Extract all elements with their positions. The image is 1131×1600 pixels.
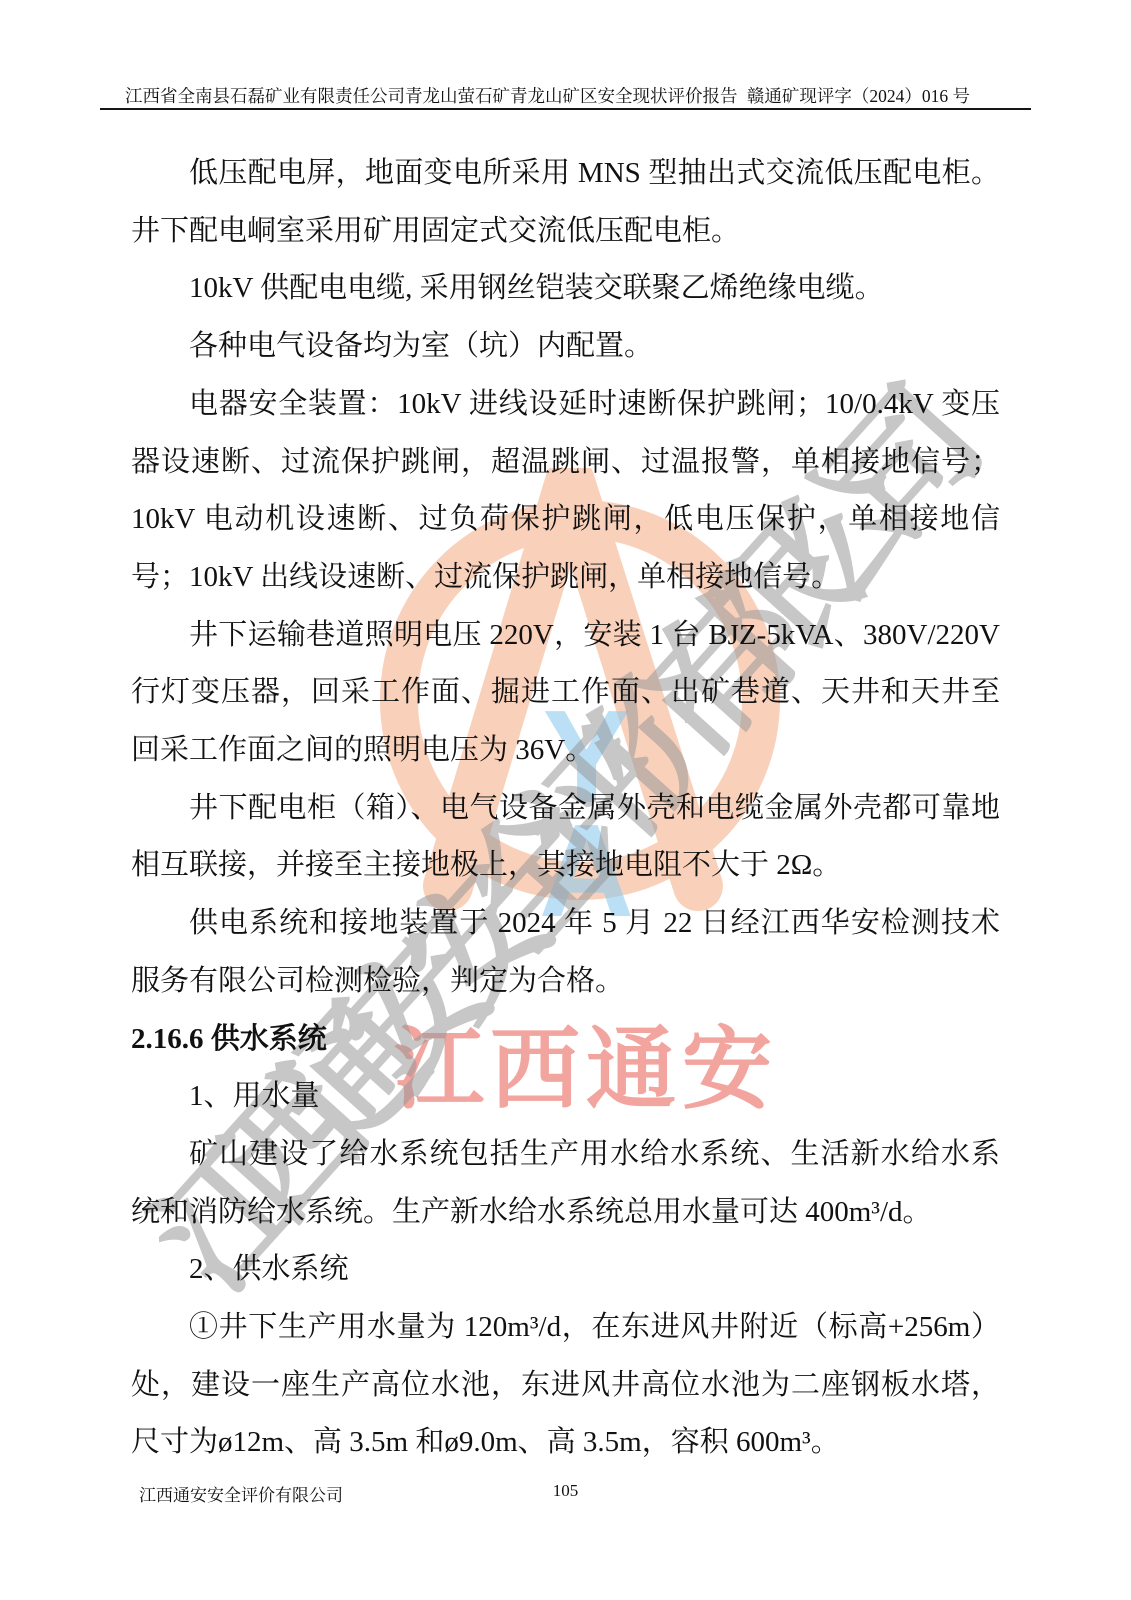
header-doc-number: 赣通矿现评字（2024）016 号	[747, 83, 970, 108]
paragraph: 电器安全装置：10kV 进线设延时速断保护跳闸；10/0.4kV 变压器设速断、…	[131, 376, 1000, 607]
paragraph: 2、供水系统	[131, 1241, 1000, 1299]
paragraph: 1、用水量	[131, 1068, 1000, 1126]
section-heading: 2.16.6 供水系统	[131, 1011, 1000, 1069]
paragraph: 低压配电屏，地面变电所采用 MNS 型抽出式交流低压配电柜。井下配电峒室采用矿用…	[131, 145, 1000, 260]
header-report-title: 江西省全南县石磊矿业有限责任公司青龙山萤石矿青龙山矿区安全现状评价报告	[125, 83, 738, 108]
paragraph: 各种电气设备均为室（坑）内配置。	[131, 318, 1000, 376]
footer-page-number: 105	[0, 1481, 1131, 1501]
paragraph: 10kV 供配电电缆, 采用钢丝铠装交联聚乙烯绝缘电缆。	[131, 260, 1000, 318]
paragraph: ①井下生产用水量为 120m³/d，在东进风井附近（标高+256m）处，建设一座…	[131, 1299, 1000, 1472]
paragraph: 井下配电柜（箱）、电气设备金属外壳和电缆金属外壳都可靠地相互联接，并接至主接地极…	[131, 780, 1000, 895]
document-body: 低压配电屏，地面变电所采用 MNS 型抽出式交流低压配电柜。井下配电峒室采用矿用…	[131, 145, 1000, 1472]
header-rule	[100, 108, 1031, 110]
document-page: Y A 江西通安 江西通安安全评价有限公司 江西省全南县石磊矿业有限责任公司青龙…	[0, 0, 1131, 1600]
paragraph: 矿山建设了给水系统包括生产用水给水系统、生活新水给水系统和消防给水系统。生产新水…	[131, 1126, 1000, 1241]
paragraph: 井下运输巷道照明电压 220V，安装 1 台 BJZ-5kVA、380V/220…	[131, 607, 1000, 780]
page-header: 江西省全南县石磊矿业有限责任公司青龙山萤石矿青龙山矿区安全现状评价报告 赣通矿现…	[125, 83, 970, 108]
paragraph: 供电系统和接地装置于 2024 年 5 月 22 日经江西华安检测技术服务有限公…	[131, 895, 1000, 1010]
